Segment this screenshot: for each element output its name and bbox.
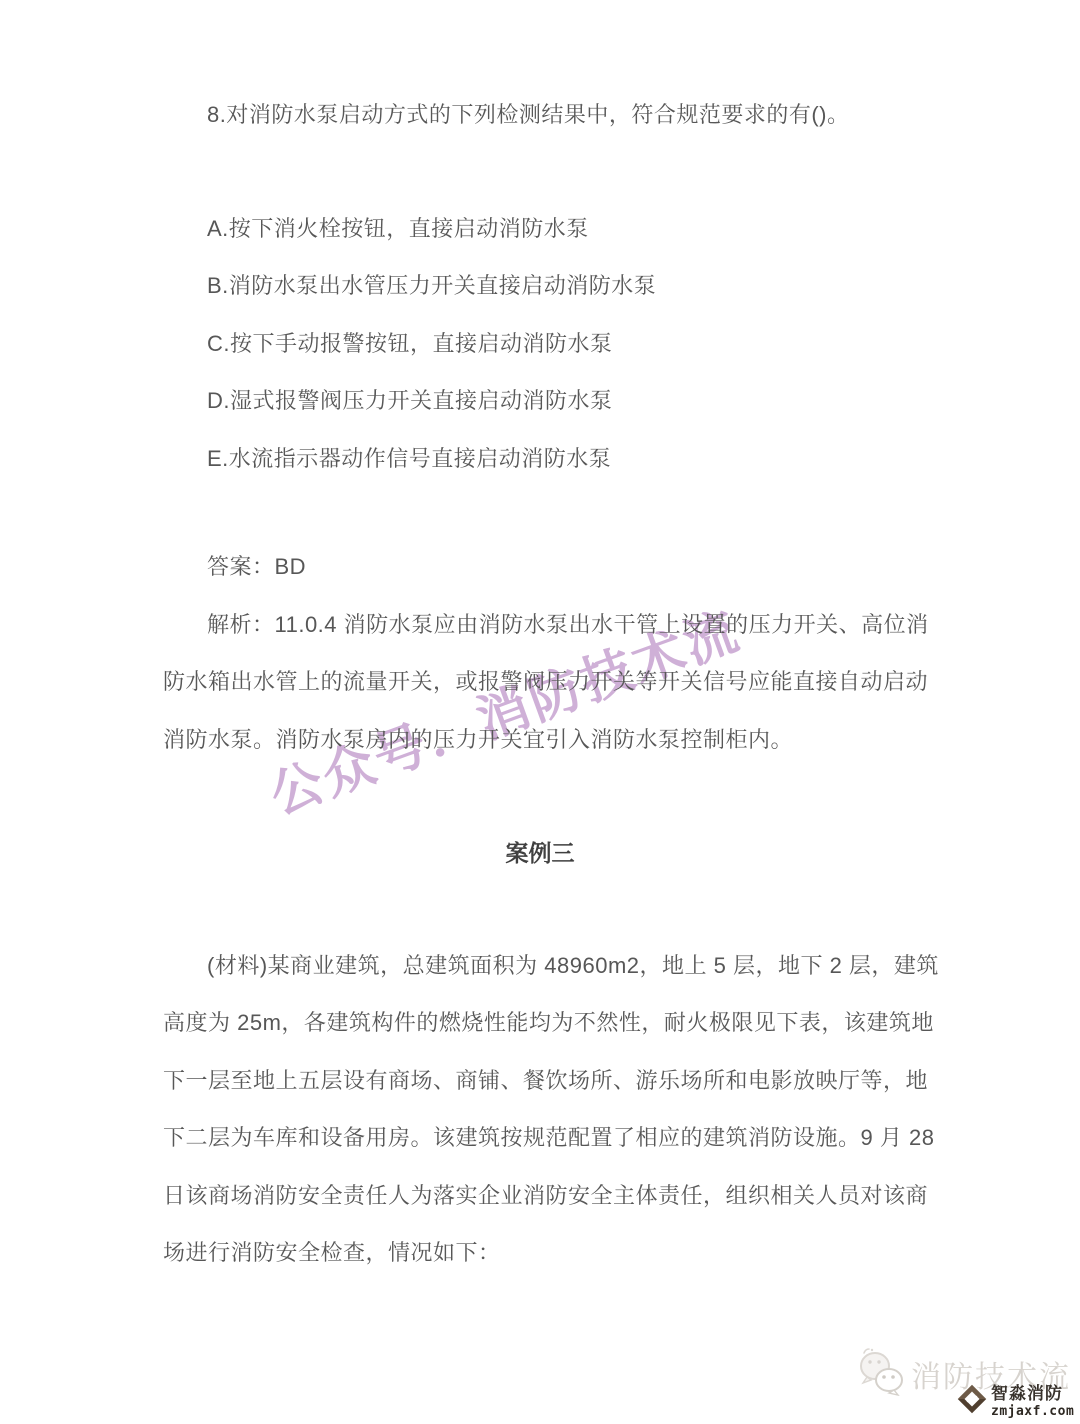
diamond-z-icon <box>957 1383 987 1420</box>
material-line: 场进行消防安全检查，情况如下： <box>163 1238 501 1268</box>
material-line: 日该商场消防安全责任人为落实企业消防安全主体责任，组织相关人员对该商 <box>163 1181 928 1211</box>
answer-text: 答案：BD <box>207 552 306 582</box>
document-page: 公众号．消防技术流 8.对消防水泵启动方式的下列检测结果中，符合规范要求的有()… <box>0 0 1080 1424</box>
wechat-bubbles-icon <box>858 1346 906 1401</box>
company-logo: 智淼消防 zmjaxf.com <box>957 1383 1074 1420</box>
material-line: 高度为 25m，各建筑构件的燃烧性能均为不然性，耐火极限见下表，该建筑地 <box>163 1008 934 1038</box>
analysis-line: 防水箱出水管上的流量开关，或报警阀压力开关等开关信号应能直接自动启动 <box>163 667 928 697</box>
company-name: 智淼消防 <box>991 1385 1074 1402</box>
option-d: D.湿式报警阀压力开关直接启动消防水泵 <box>207 386 613 416</box>
option-e: E.水流指示器动作信号直接启动消防水泵 <box>207 444 611 474</box>
analysis-line: 解析：11.0.4 消防水泵应由消防水泵出水干管上设置的压力开关、高位消 <box>207 610 929 640</box>
analysis-line: 消防水泵。消防水泵房内的压力开关宜引入消防水泵控制柜内。 <box>163 725 793 755</box>
question-text: 8.对消防水泵启动方式的下列检测结果中，符合规范要求的有()。 <box>207 100 850 130</box>
material-line: 下二层为车库和设备用房。该建筑按规范配置了相应的建筑消防设施。9 月 28 <box>163 1123 934 1153</box>
material-line: (材料)某商业建筑，总建筑面积为 48960m2，地上 5 层，地下 2 层，建… <box>207 951 939 981</box>
material-line: 下一层至地上五层设有商场、商铺、餐饮场所、游乐场所和电影放映厅等，地 <box>163 1066 928 1096</box>
option-b: B.消防水泵出水管压力开关直接启动消防水泵 <box>207 271 656 301</box>
option-c: C.按下手动报警按钮，直接启动消防水泵 <box>207 329 613 359</box>
company-domain: zmjaxf.com <box>991 1405 1074 1418</box>
section-title: 案例三 <box>0 838 1080 868</box>
option-a: A.按下消火栓按钮，直接启动消防水泵 <box>207 214 589 244</box>
